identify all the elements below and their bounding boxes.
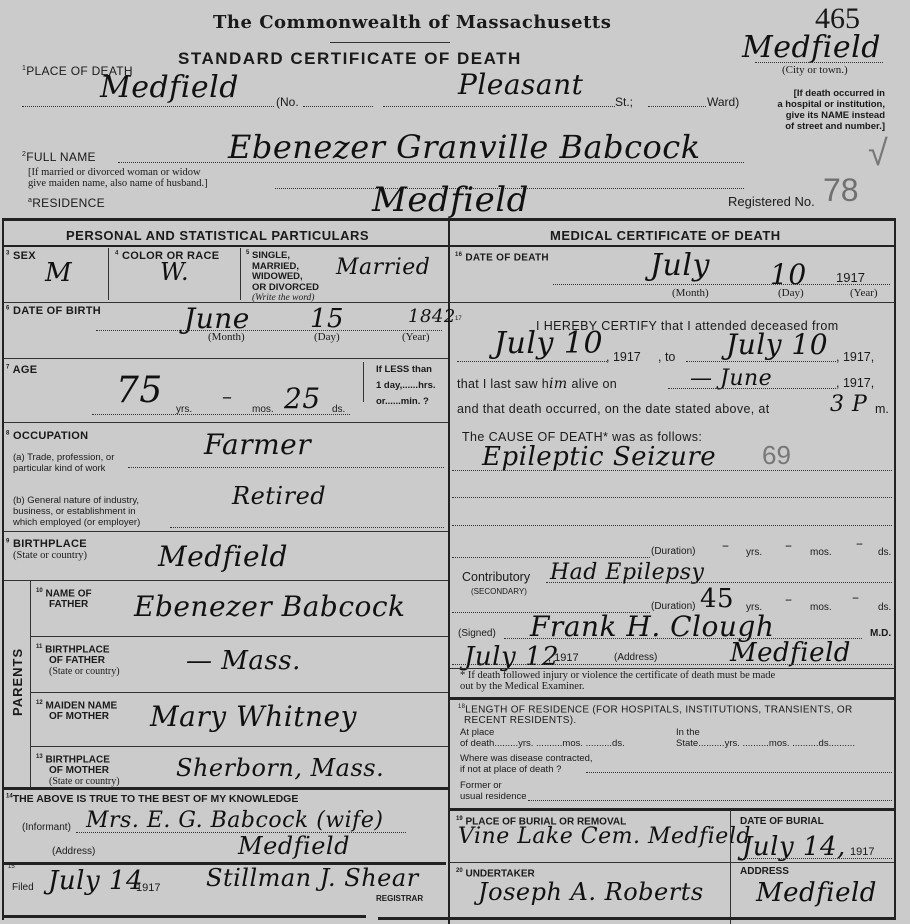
dob-day-label: (Day) bbox=[314, 331, 340, 343]
occupation-a-label: (a) Trade, profession, or particular kin… bbox=[13, 452, 114, 474]
cause-duration-dotted-line bbox=[452, 557, 650, 558]
row-divider-residence-length bbox=[450, 697, 896, 700]
age-dotted-line bbox=[92, 414, 350, 415]
burial-date-year: 1917 bbox=[850, 846, 874, 858]
signed-year: , 1917 bbox=[548, 652, 579, 664]
row-divider-undertaker bbox=[450, 862, 896, 863]
cause-duration-yrs: – bbox=[722, 538, 730, 554]
undertaker-address-value: Medfield bbox=[756, 878, 877, 908]
contributory-ds-label: ds. bbox=[878, 602, 891, 613]
father-birthplace-label: 11 BIRTHPLACE OF FATHER (State or countr… bbox=[36, 642, 120, 677]
undertaker-value: Joseph A. Roberts bbox=[478, 878, 704, 906]
personal-heading-rule bbox=[2, 245, 448, 247]
mother-name-value: Mary Whitney bbox=[150, 700, 357, 733]
date-of-death-month: July bbox=[650, 248, 710, 283]
registered-label: Registered No. bbox=[728, 194, 815, 209]
date-of-death-year: 1917 bbox=[836, 270, 865, 285]
last-saw-year: , 1917, bbox=[836, 376, 874, 390]
length-of-residence-heading: 18LENGTH OF RESIDENCE (FOR HOSPITALS, IN… bbox=[458, 702, 852, 726]
birthplace-sublabel: (State or country) bbox=[13, 550, 87, 561]
dob-dotted-line bbox=[96, 330, 442, 331]
city-label: (City or town.) bbox=[782, 64, 848, 76]
residence-value: Medfield bbox=[372, 180, 529, 220]
mother-birthplace-value: Sherborn, Mass. bbox=[176, 754, 384, 782]
from-dotted-line bbox=[457, 361, 607, 362]
former-residence: Former or usual residence bbox=[460, 780, 527, 802]
full-name-dotted-line bbox=[118, 162, 744, 163]
parents-label: PARENTS bbox=[10, 648, 25, 716]
row-divider-footnote bbox=[450, 668, 896, 669]
last-saw-dotted-line bbox=[668, 388, 836, 389]
contracted-dotted-line bbox=[586, 772, 892, 773]
attended-to-date: July 10 bbox=[726, 328, 828, 361]
row-divider-mother-name bbox=[30, 692, 448, 693]
cause-dotted-line-1 bbox=[452, 470, 892, 471]
left-border bbox=[2, 220, 4, 920]
contributory-dotted-line bbox=[546, 582, 892, 583]
sex-color-divider bbox=[108, 248, 109, 300]
signed-address-label: (Address) bbox=[614, 652, 657, 663]
certificate-title: STANDARD CERTIFICATE OF DEATH bbox=[178, 49, 522, 69]
father-birthplace-value: — Mass. bbox=[186, 646, 301, 676]
dob-month-label: (Month) bbox=[208, 331, 245, 343]
contributory-mos-label: mos. bbox=[810, 602, 832, 613]
signed-address-dotted-line bbox=[452, 664, 892, 665]
informant-address-value: Medfield bbox=[238, 832, 350, 860]
contributory-label: Contributory bbox=[462, 570, 530, 584]
age-less-divider bbox=[363, 362, 364, 402]
cause-mos-label: mos. bbox=[810, 547, 832, 558]
last-saw-text: that I last saw him alive on bbox=[457, 376, 617, 392]
age-months: – bbox=[222, 384, 233, 408]
cause-duration-label: (Duration) bbox=[651, 546, 695, 557]
row-divider-age bbox=[2, 358, 448, 359]
occupation-b-value: Retired bbox=[232, 482, 326, 510]
check-mark-icon: √ bbox=[868, 132, 888, 174]
institution-note: [If death occurred in a hospital or inst… bbox=[757, 88, 885, 132]
death-certificate: The Commonwealth of Massachusetts STANDA… bbox=[0, 0, 910, 924]
birthplace-value: Medfield bbox=[158, 540, 288, 573]
st-label: St.; bbox=[615, 95, 633, 109]
informant-address-label: (Address) bbox=[52, 846, 95, 857]
mother-birthplace-label: 13 BIRTHPLACE OF MOTHER (State or countr… bbox=[36, 752, 120, 787]
dod-day-label: (Day) bbox=[778, 287, 804, 299]
burial-divider bbox=[730, 810, 731, 924]
parents-divider bbox=[30, 580, 31, 787]
no-dotted-line bbox=[303, 106, 373, 107]
color-value: W. bbox=[160, 258, 189, 286]
residence-label: aRESIDENCE bbox=[28, 196, 105, 210]
contributory-duration-ds: – bbox=[852, 590, 860, 606]
cause-code: 69 bbox=[762, 440, 791, 471]
row-divider-birthplace bbox=[2, 531, 448, 532]
undertaker-address-label: ADDRESS bbox=[740, 866, 789, 877]
father-name-label: 10 NAME OF FATHER bbox=[36, 586, 92, 610]
medical-heading-rule bbox=[450, 245, 896, 247]
date-of-death-label: 16 DATE OF DEATH bbox=[455, 252, 549, 263]
cause-dotted-line-2 bbox=[452, 497, 892, 498]
registrar-signature: Stillman J. Shear bbox=[206, 864, 419, 892]
time-suffix: m. bbox=[875, 402, 889, 416]
contributory-sublabel: (SECONDARY) bbox=[471, 587, 527, 596]
color-marital-divider bbox=[240, 248, 241, 300]
bottom-rule-left bbox=[2, 915, 366, 918]
bottom-rule-right bbox=[378, 917, 896, 920]
attended-to-year: , 1917, bbox=[836, 350, 874, 364]
last-saw-pronoun: im bbox=[549, 376, 568, 392]
occupation-a-dotted-line bbox=[128, 467, 444, 468]
sex-label: 3 SEX bbox=[6, 250, 36, 262]
row-divider-father-birthplace bbox=[30, 636, 448, 637]
where-contracted: Where was disease contracted, if not at … bbox=[460, 753, 593, 775]
commonwealth-heading: The Commonwealth of Massachusetts bbox=[213, 12, 611, 33]
md-label: M.D. bbox=[870, 628, 891, 639]
marital-label: 5 SINGLE, MARRIED, WIDOWED, OR DIVORCED … bbox=[246, 248, 319, 304]
registered-number: 78 bbox=[823, 172, 859, 209]
personal-heading: PERSONAL AND STATISTICAL PARTICULARS bbox=[66, 228, 369, 243]
title-divider bbox=[330, 42, 450, 43]
mother-name-label: 12 MAIDEN NAME OF MOTHER bbox=[36, 698, 117, 722]
certify-num: 17 bbox=[455, 316, 462, 322]
age-less-than: If LESS than 1 day,......hrs. or......mi… bbox=[376, 362, 436, 410]
cause-dotted-line-3 bbox=[452, 525, 892, 526]
signed-label: (Signed) bbox=[458, 628, 496, 639]
right-border bbox=[894, 220, 896, 920]
age-label: 7 AGE bbox=[6, 364, 37, 376]
father-name-value: Ebenezer Babcock bbox=[134, 590, 406, 623]
age-years: 75 bbox=[116, 370, 163, 411]
occupation-a-value: Farmer bbox=[204, 428, 311, 461]
cause-value: Epileptic Seizure bbox=[482, 442, 716, 472]
ward-label: Ward) bbox=[707, 95, 739, 109]
row-divider-informant bbox=[2, 787, 448, 790]
dob-label: 6 DATE OF BIRTH bbox=[6, 305, 101, 317]
medical-footnote: * If death followed injury or violence t… bbox=[460, 670, 775, 692]
date-of-death-dotted-line bbox=[553, 284, 890, 285]
place-dotted-line bbox=[22, 106, 274, 107]
informant-heading: 14THE ABOVE IS TRUE TO THE BEST OF MY KN… bbox=[6, 793, 298, 805]
filed-label: Filed bbox=[12, 882, 34, 893]
filed-year: 1917 bbox=[136, 882, 160, 894]
row-divider-occupation bbox=[2, 422, 448, 423]
city-dotted-line bbox=[755, 62, 883, 63]
row-divider-parents bbox=[2, 580, 448, 581]
full-name-value: Ebenezer Granville Babcock bbox=[228, 128, 701, 166]
age-days: 25 bbox=[284, 382, 321, 415]
row-divider-certify bbox=[450, 302, 896, 303]
informant-value: Mrs. E. G. Babcock (wife) bbox=[86, 808, 383, 833]
filed-date: July 14 bbox=[48, 866, 143, 896]
burial-place-value: Vine Lake Cem. Medfield bbox=[458, 824, 751, 849]
cause-ds-label: ds. bbox=[878, 547, 891, 558]
medical-heading: MEDICAL CERTIFICATE OF DEATH bbox=[550, 228, 781, 243]
former-residence-dotted-line bbox=[528, 800, 892, 801]
city-value: Medfield bbox=[742, 30, 881, 65]
to-dotted-line bbox=[686, 361, 836, 362]
cause-duration-ds: – bbox=[856, 536, 864, 552]
contributory-duration-mos: – bbox=[785, 592, 793, 608]
burial-date-dotted-line bbox=[740, 858, 892, 859]
row-divider-mother-birthplace bbox=[30, 746, 448, 747]
street-value: Pleasant bbox=[458, 68, 583, 101]
informant-label: (Informant) bbox=[22, 822, 71, 833]
at-place-of-death: At place of death.........yrs. .........… bbox=[460, 727, 625, 749]
street-dotted-line bbox=[383, 106, 615, 107]
registrar-label: REGISTRAR bbox=[376, 894, 423, 903]
filed-num: 15 bbox=[8, 864, 15, 870]
dob-year: 1842 bbox=[408, 306, 456, 327]
dob-year-label: (Year) bbox=[402, 331, 430, 343]
attended-from-year: , 1917 bbox=[606, 350, 641, 364]
no-label: (No. bbox=[276, 95, 299, 109]
occupation-label: 8 OCCUPATION bbox=[6, 430, 88, 442]
cause-duration-mos: – bbox=[785, 538, 793, 554]
dod-month-label: (Month) bbox=[672, 287, 709, 299]
occupation-b-label: (b) General nature of industry, business… bbox=[13, 495, 140, 528]
time-of-death: 3 P bbox=[830, 392, 867, 417]
cause-yrs-label: yrs. bbox=[746, 547, 762, 558]
birthplace-label: 9 BIRTHPLACE bbox=[6, 538, 87, 550]
full-name-label: 2FULL NAME bbox=[22, 150, 96, 164]
sex-value: M bbox=[45, 258, 72, 288]
attended-from-date: July 10 bbox=[494, 326, 603, 361]
to-label: , to bbox=[658, 350, 675, 364]
dod-year-label: (Year) bbox=[850, 287, 878, 299]
burial-date-label: DATE OF BURIAL bbox=[740, 816, 824, 827]
row-divider-burial bbox=[450, 808, 896, 811]
occurred-text: and that death occurred, on the date sta… bbox=[457, 402, 770, 416]
place-of-death-value: Medfield bbox=[100, 70, 239, 105]
marital-value: Married bbox=[336, 255, 430, 280]
occupation-b-dotted-line bbox=[170, 527, 444, 528]
full-name-note: [If married or divorced woman or widow g… bbox=[28, 167, 208, 189]
ward-dotted-line bbox=[648, 106, 706, 107]
in-the-state: In the State..........yrs. ..........mos… bbox=[676, 727, 855, 749]
